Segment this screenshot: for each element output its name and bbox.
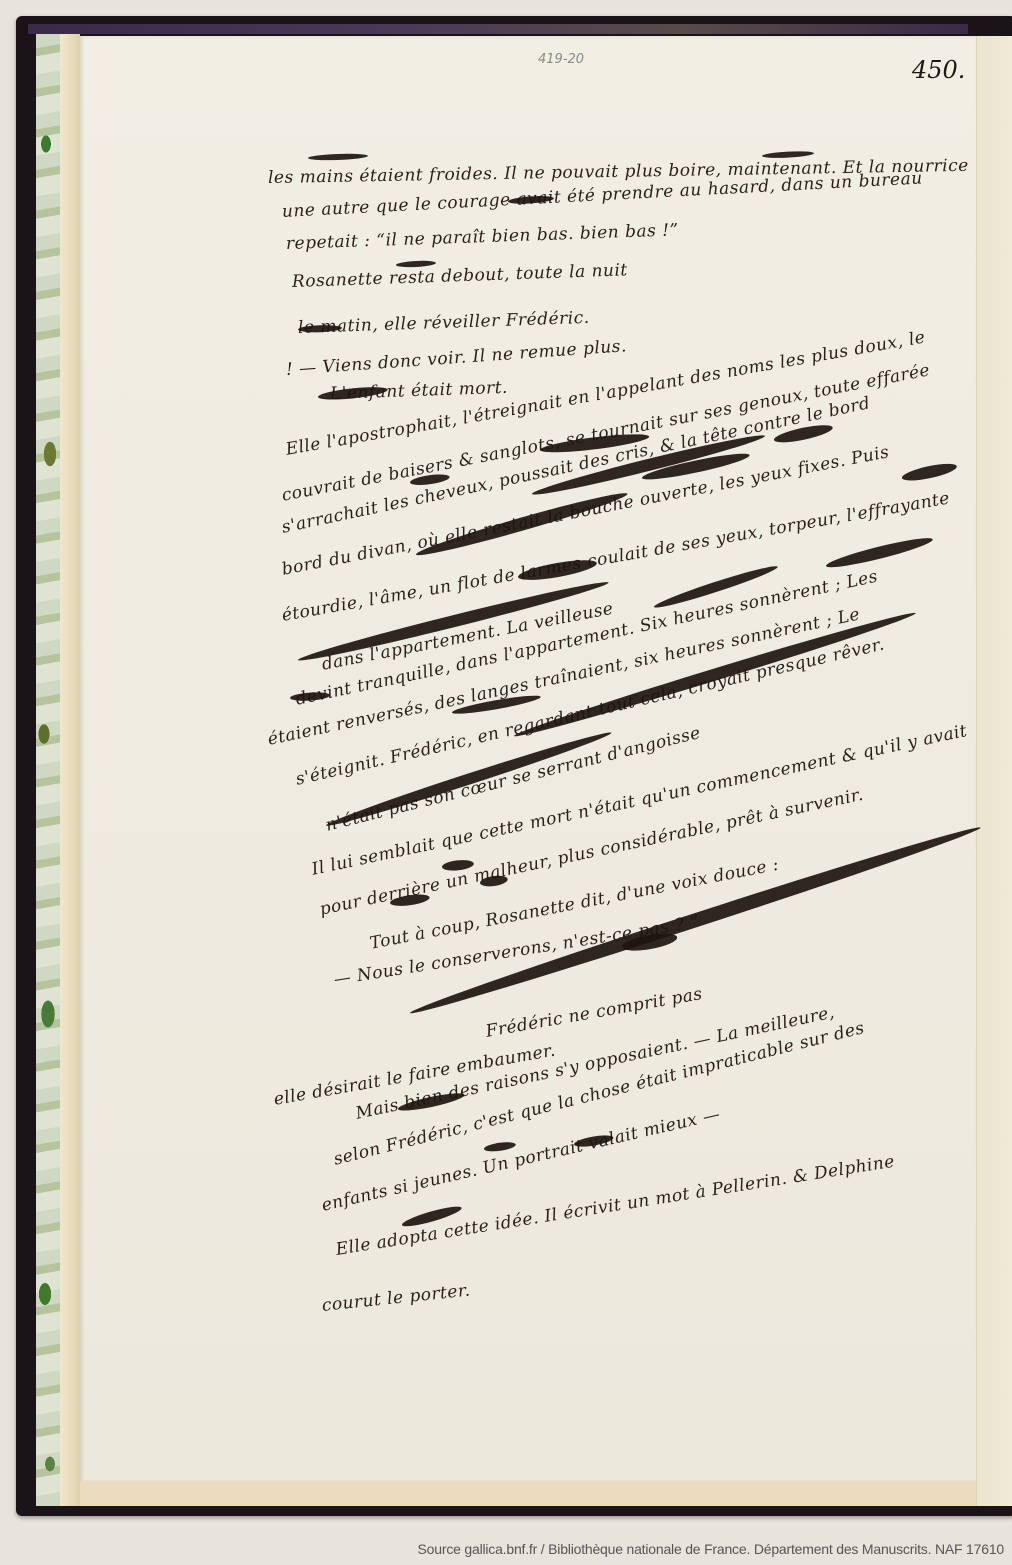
manuscript-viewer: 419-20 450. les mains étaient froides. I… bbox=[0, 0, 1012, 1565]
source-caption: Source gallica.bnf.fr / Bibliothèque nat… bbox=[418, 1541, 1004, 1557]
facing-page-edge bbox=[976, 36, 1012, 1506]
marbled-endpaper bbox=[36, 34, 60, 1506]
pencil-reference-note: 419-20 bbox=[538, 52, 584, 67]
folio-number: 450. bbox=[912, 56, 965, 84]
page-guard-strip bbox=[60, 34, 80, 1506]
cover-top-edge bbox=[28, 24, 968, 34]
page-bottom-edge bbox=[80, 1482, 976, 1506]
